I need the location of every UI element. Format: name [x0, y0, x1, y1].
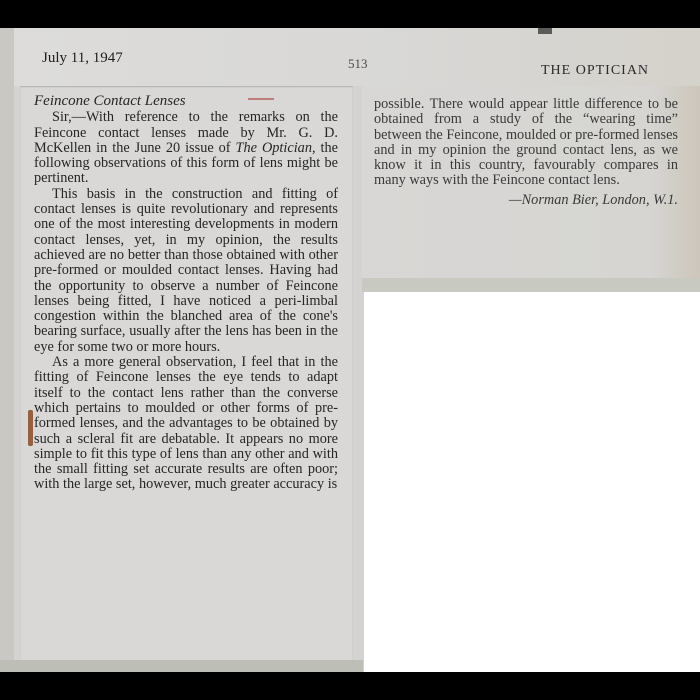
article-left-column: Feincone Contact Lenses Sir,—With refere… — [34, 94, 338, 493]
page-edge-strip — [0, 28, 14, 672]
article-paragraph-1: Sir,—With reference to the remarks on th… — [34, 110, 338, 186]
page-number: 513 — [348, 56, 368, 72]
publication-reference: The Optician — [236, 140, 312, 156]
article-title: Feincone Contact Lenses — [34, 94, 338, 109]
right-column-backing — [362, 278, 700, 292]
article-paragraph-continued: possible. There would appear little diff… — [374, 97, 678, 189]
issue-date: July 11, 1947 — [42, 50, 123, 67]
scan-border-bottom — [0, 672, 700, 700]
article-right-column: possible. There would appear little diff… — [374, 97, 678, 208]
blank-area — [364, 292, 700, 672]
publication-name: THE OPTICIAN — [541, 63, 649, 79]
article-paragraph-3: As a more general observation, I feel th… — [34, 355, 338, 493]
paper-tear-mark — [538, 28, 552, 34]
author-signature: —Norman Bier, London, W.1. — [374, 193, 678, 208]
left-column-backing — [0, 660, 363, 672]
rust-stain — [28, 410, 33, 446]
article-paragraph-2: This basis in the construction and fitti… — [34, 187, 338, 355]
